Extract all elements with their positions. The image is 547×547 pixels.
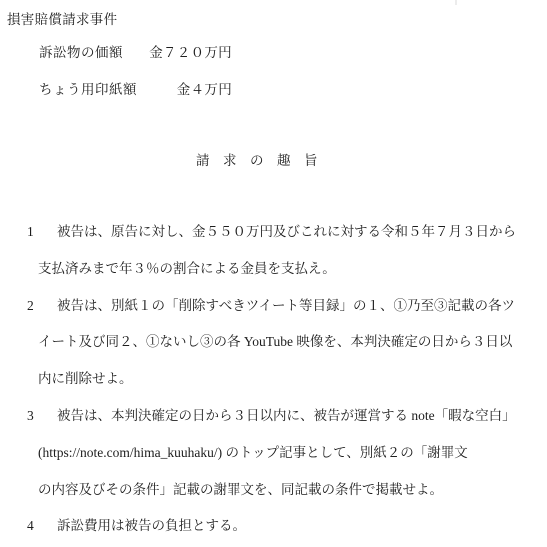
- section-heading-claim-purpose: 請 求 の 趣 旨: [196, 149, 318, 173]
- claim-items: 1被告は、原告に対し、金５５０万円及びこれに対する令和５年７月３日から 支払済み…: [0, 214, 547, 545]
- item-number: 1: [27, 214, 57, 251]
- claim-value-label: 訴訟物の価額: [39, 41, 123, 65]
- claim-value-amount: 金７２０万円: [149, 41, 232, 65]
- claim-item-line: (https://note.com/hima_kuuhaku/) のトップ記事と…: [0, 435, 547, 472]
- item-number: 3: [27, 398, 57, 435]
- legal-document-page: 損害賠償請求事件 訴訟物の価額 金７２０万円 ちょう用印紙額 金４万円 請 求 …: [0, 0, 547, 547]
- claim-item-1: 1被告は、原告に対し、金５５０万円及びこれに対する令和５年７月３日から 支払済み…: [0, 214, 547, 288]
- claim-item-line: イート及び同２、①ないし③の各 YouTube 映像を、本判決確定の日から３日以: [0, 324, 547, 361]
- claim-item-line: 2被告は、別紙１の「削除すべきツイート等目録」の１、①乃至③記載の各ツ: [0, 288, 547, 325]
- claim-item-2: 2被告は、別紙１の「削除すべきツイート等目録」の１、①乃至③記載の各ツ イート及…: [0, 288, 547, 398]
- item-number: 4: [27, 508, 57, 545]
- item-number: 2: [27, 288, 57, 325]
- claim-item-3: 3被告は、本判決確定の日から３日以内に、被告が運営する note「暇な空白」 (…: [0, 398, 547, 508]
- item-text: 被告は、原告に対し、金５５０万円及びこれに対する令和５年７月３日から: [57, 224, 516, 239]
- claim-item-line: 3被告は、本判決確定の日から３日以内に、被告が運営する note「暇な空白」: [0, 398, 547, 435]
- stamp-fee-amount: 金４万円: [177, 78, 232, 102]
- item-text: 被告は、本判決確定の日から３日以内に、被告が運営する note「暇な空白」: [57, 408, 516, 423]
- claim-item-line: 1被告は、原告に対し、金５５０万円及びこれに対する令和５年７月３日から: [0, 214, 547, 251]
- claim-item-line: 4訴訟費用は被告の負担とする。: [0, 508, 547, 545]
- claim-item-line: 支払済みまで年３％の割合による金員を支払え。: [0, 251, 547, 288]
- case-title: 損害賠償請求事件: [7, 8, 117, 32]
- stamp-fee-label: ちょう用印紙額: [39, 78, 137, 102]
- claim-item-line: の内容及びその条件」記載の謝罪文を、同記載の条件で掲載せよ。: [0, 472, 547, 509]
- item-text: 被告は、別紙１の「削除すべきツイート等目録」の１、①乃至③記載の各ツ: [57, 298, 515, 313]
- claim-item-line: 内に削除せよ。: [0, 361, 547, 398]
- claim-item-4: 4訴訟費用は被告の負担とする。: [0, 508, 547, 545]
- stamp-fee-row: ちょう用印紙額 金４万円: [39, 78, 232, 102]
- scan-artifact-mark: [455, 0, 457, 5]
- claim-value-row: 訴訟物の価額 金７２０万円: [39, 41, 232, 65]
- item-text: 訴訟費用は被告の負担とする。: [57, 518, 246, 533]
